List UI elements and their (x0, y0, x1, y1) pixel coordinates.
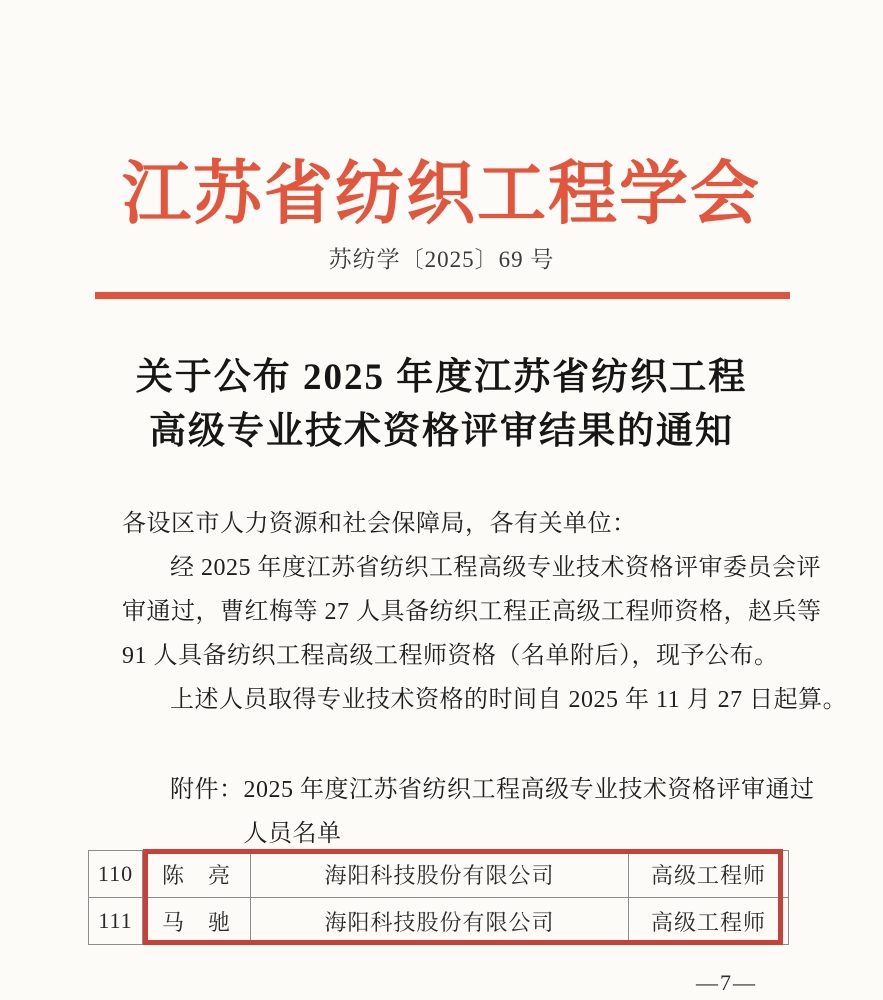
body-paragraph1-line2: 审通过，曹红梅等 27 人具备纺织工程正高级工程师资格，赵兵等 (122, 590, 774, 634)
company-cell: 海阳科技股份有限公司 (251, 851, 629, 898)
person-name-cell: 陈 亮 (143, 851, 251, 898)
qualification-title-cell: 高级工程师 (629, 851, 789, 898)
row-number-cell: 110 (89, 851, 143, 898)
table-row: 111 马 驰 海阳科技股份有限公司 高级工程师 (89, 898, 789, 945)
page-number: —7— (696, 970, 757, 996)
attachment-label: 附件： (170, 768, 244, 812)
letterhead-divider-rule (95, 292, 790, 299)
roster-table: 110 陈 亮 海阳科技股份有限公司 高级工程师 111 马 驰 海阳科技股份有… (88, 850, 789, 945)
person-name-cell: 马 驰 (143, 898, 251, 945)
company-cell: 海阳科技股份有限公司 (251, 898, 629, 945)
notice-title-line1: 关于公布 2025 年度江苏省纺织工程 (0, 351, 883, 405)
attachment-line1: 2025 年度江苏省纺织工程高级专业技术资格评审通过 (244, 768, 815, 812)
document-page: 江苏省纺织工程学会 苏纺学〔2025〕69 号 关于公布 2025 年度江苏省纺… (0, 0, 883, 1000)
notice-body: 各设区市人力资源和社会保障局，各有关单位： 经 2025 年度江苏省纺织工程高级… (122, 502, 774, 722)
notice-title-line2: 高级专业技术资格评审结果的通知 (0, 405, 883, 459)
body-paragraph1-line1: 经 2025 年度江苏省纺织工程高级专业技术资格评审委员会评 (122, 546, 774, 590)
doc-number: 苏纺学〔2025〕69 号 (0, 241, 883, 274)
attachment-note: 附件： 2025 年度江苏省纺织工程高级专业技术资格评审通过 人员名单 (170, 768, 815, 856)
letterhead-org-name: 江苏省纺织工程学会 (0, 138, 883, 237)
qualification-title-cell: 高级工程师 (629, 898, 789, 945)
body-salutation: 各设区市人力资源和社会保障局，各有关单位： (122, 502, 774, 546)
notice-title: 关于公布 2025 年度江苏省纺织工程 高级专业技术资格评审结果的通知 (0, 351, 883, 459)
row-number-cell: 111 (89, 898, 143, 945)
body-paragraph2: 上述人员取得专业技术资格的时间自 2025 年 11 月 27 日起算。 (122, 678, 774, 722)
table-row: 110 陈 亮 海阳科技股份有限公司 高级工程师 (89, 851, 789, 898)
body-paragraph1-line3: 91 人具备纺织工程高级工程师资格（名单附后），现予公布。 (122, 634, 774, 678)
attachment-content: 2025 年度江苏省纺织工程高级专业技术资格评审通过 人员名单 (244, 768, 815, 856)
